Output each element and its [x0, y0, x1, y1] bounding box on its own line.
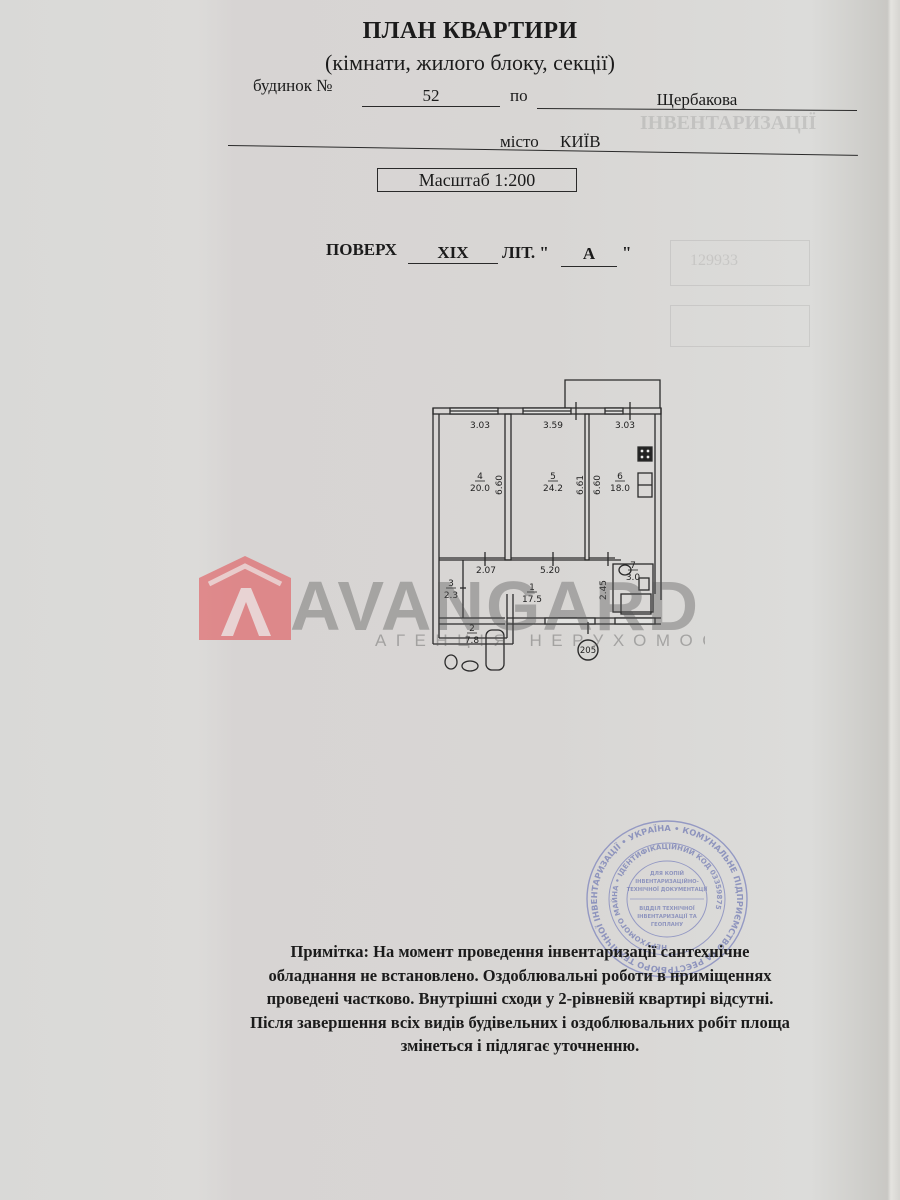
bleed-through-number: 129933 [690, 252, 738, 270]
svg-text:ВІДДІЛ ТЕХНІЧНОЇ: ВІДДІЛ ТЕХНІЧНОЇ [639, 905, 694, 912]
letter-label: ЛІТ. " [502, 243, 549, 263]
note-line: обладнання не встановлено. Оздоблювальні… [215, 964, 825, 988]
agency-watermark: AVANGARD АГЕНЦІЯ НЕРУХОМОСТІ [195, 548, 705, 648]
floor-value: XIX [408, 243, 498, 263]
note-line: проведені частково. Внутрішні сходи у 2-… [215, 987, 825, 1011]
bleed-through-text: ІНВЕНТАРИЗАЦІЇ [640, 112, 816, 135]
svg-text:4: 4 [477, 472, 483, 482]
city-name: КИЇВ [560, 132, 601, 152]
svg-text:24.2: 24.2 [543, 484, 563, 494]
city-underline [228, 145, 858, 156]
svg-text:ДЛЯ КОПІЙ: ДЛЯ КОПІЙ [650, 869, 684, 877]
floor-underline [408, 263, 498, 264]
svg-text:ІНВЕНТАРИЗАЦІЇ ТА: ІНВЕНТАРИЗАЦІЇ ТА [637, 913, 697, 920]
watermark-tagline: АГЕНЦІЯ НЕРУХОМОСТІ [375, 631, 705, 648]
street-name: Щербакова [537, 90, 857, 110]
svg-text:ГЕОПЛАНУ: ГЕОПЛАНУ [651, 922, 683, 928]
street-prefix: по [510, 86, 528, 106]
svg-text:6.61: 6.61 [576, 475, 586, 495]
house-number-underline [362, 106, 500, 107]
letter-underline [561, 266, 617, 267]
floor-label: ПОВЕРХ [326, 240, 397, 260]
svg-text:6.60: 6.60 [593, 475, 603, 495]
page-title: ПЛАН КВАРТИРИ [0, 18, 900, 45]
letter-value: А [561, 244, 617, 264]
city-label: місто [500, 132, 539, 152]
svg-text:6: 6 [617, 472, 623, 482]
note-line: змінеться і підлягає уточненню. [215, 1034, 825, 1058]
svg-text:18.0: 18.0 [610, 484, 630, 494]
svg-text:6.60: 6.60 [495, 475, 505, 495]
svg-text:3.03: 3.03 [615, 421, 635, 431]
house-number: 52 [362, 86, 500, 106]
svg-text:3.03: 3.03 [470, 421, 490, 431]
svg-text:20.0: 20.0 [470, 484, 490, 494]
bleed-through-box [670, 305, 810, 347]
inventory-note: Примітка: На момент проведення інвентари… [215, 940, 825, 1058]
svg-text:ТЕХНІЧНОЇ ДОКУМЕНТАЦІЇ: ТЕХНІЧНОЇ ДОКУМЕНТАЦІЇ [627, 886, 708, 893]
note-line: Примітка: На момент проведення інвентари… [215, 940, 825, 964]
letter-close: " [622, 243, 631, 263]
svg-text:5: 5 [550, 472, 556, 482]
page-subtitle: (кімнати, жилого блоку, секції) [0, 50, 900, 76]
svg-text:3.59: 3.59 [543, 421, 563, 431]
house-label: будинок № [253, 76, 333, 96]
scale-box: Масштаб 1:200 [377, 168, 577, 192]
note-line: Після завершення всіх видів будівельних … [215, 1011, 825, 1035]
svg-text:ІНВЕНТАРИЗАЦІЙНО-: ІНВЕНТАРИЗАЦІЙНО- [635, 877, 699, 885]
